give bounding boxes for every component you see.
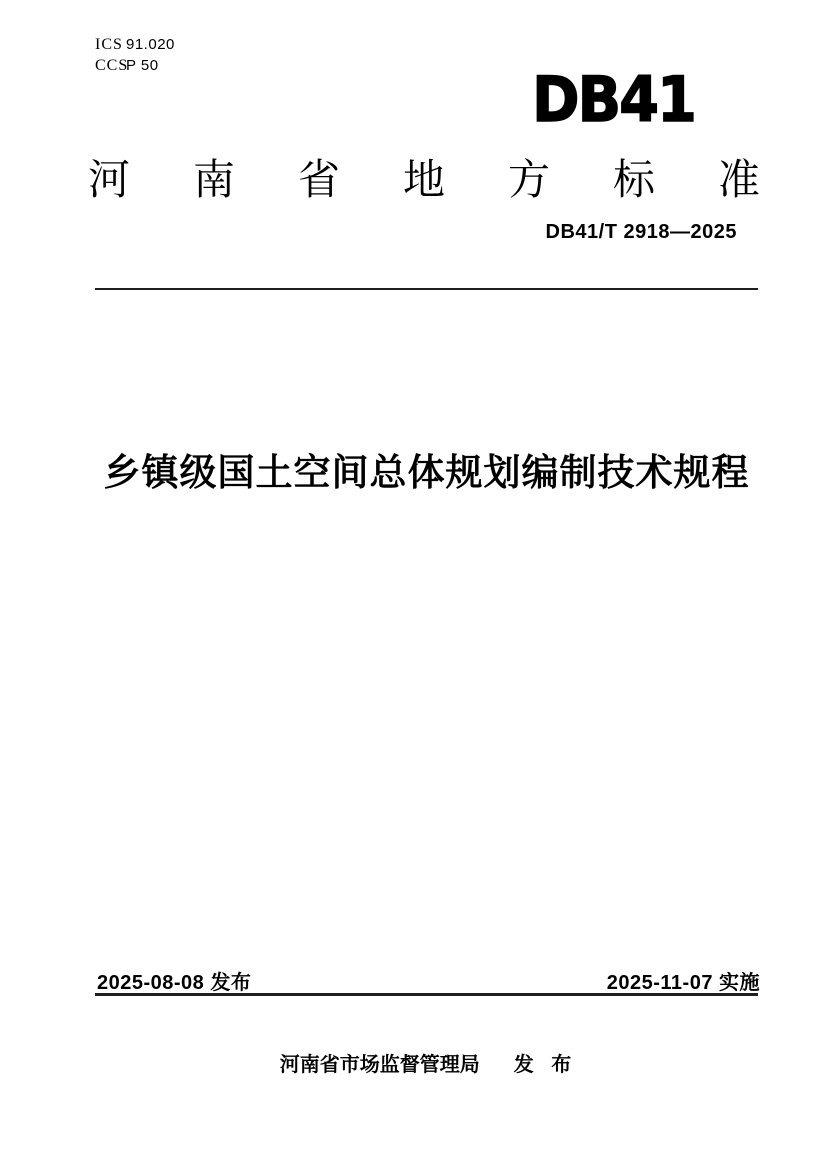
ics-code-row: ICS 91.020 [95,36,175,57]
top-divider-rule [95,288,758,290]
ccs-code-row: CCS P 50 [95,57,175,78]
ics-value: 91.020 [126,36,175,53]
db41-logo: DB41 [532,72,695,128]
implementation-date: 2025-11-07 实施 [607,966,760,995]
ccs-label: CCS [95,57,126,75]
publish-label: 发 布 [514,1048,574,1077]
document-title: 乡镇级国土空间总体规划编制技术规程 [95,442,758,496]
classification-codes: ICS 91.020 CCS P 50 [95,36,175,78]
bottom-divider-rule [95,993,758,996]
standard-cover-page: ICS 91.020 CCS P 50 DB41 河南省地方标准 DB41/T … [0,0,815,1151]
standard-type-heading: 河南省地方标准 [88,155,760,205]
ics-label: ICS [95,36,126,54]
publisher-name: 河南省市场监督管理局 [280,1048,480,1077]
dates-row: 2025-08-08 发布 2025-11-07 实施 [97,966,760,995]
standard-number: DB41/T 2918—2025 [546,221,737,244]
ccs-value: P 50 [126,57,159,74]
publisher-row: 河南省市场监督管理局 发 布 [95,1048,758,1077]
issue-date: 2025-08-08 发布 [97,966,251,995]
